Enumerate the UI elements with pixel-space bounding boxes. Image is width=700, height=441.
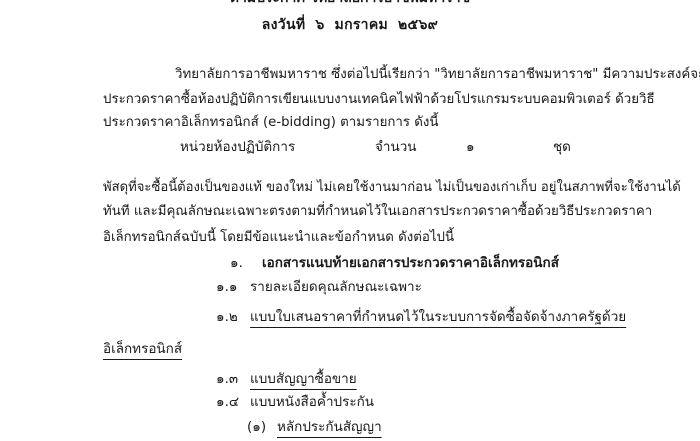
item-unit: ชุด [553,141,571,155]
paragraph1-line1: วิทยาลัยการอาชีพมหาราช ซึ่งต่อไปนี้เรียก… [175,68,700,81]
subitem-number-1-2: ๑.๒ [216,311,238,325]
subitem-text-1-2: แบบใบเสนอราคาที่กำหนดไว้ในระบบการจัดซื้อ… [250,311,626,325]
date-month: มกราคม [335,17,388,33]
paragraph2-line2: ทันที และมีคุณลักษณะเฉพาะตรงตามที่กำหนดไ… [103,205,652,218]
section-title: เอกสารแนบท้ายเอกสารประกวดราคาอิเล็กทรอนิ… [262,257,559,271]
document-heading: ตามประกาศ วิทยาลัยการอาชีพมหาราช [0,0,700,5]
subitem-text-1-4: แบบหนังสือค้ำประกัน [250,396,374,410]
date-label: ลงวันที่ [262,17,306,33]
date-year: ๒๕๖๙ [398,17,438,33]
paragraph2-line3: อิเล็กทรอนิกส์ฉบับนี้ โดยมีข้อแนะนำและข้… [103,231,454,244]
subsubitem-text-1: หลักประกันสัญญา [277,421,382,435]
subitem-text-1-2-continuation: อิเล็กทรอนิกส์ [103,343,182,357]
subitem-number-1-3: ๑.๓ [216,373,238,387]
subsubitem-number-1: (๑) [247,421,266,435]
item-name: หน่วยห้องปฏิบัติการ [180,141,295,155]
paragraph1-line3: ประกวดราคาอิเล็กทรอนิกส์ (e-bidding) ตาม… [103,116,438,129]
item-quantity: ๑ [466,141,475,155]
subitem-text-1-3: แบบสัญญาซื้อขาย [250,373,357,387]
subitem-number-1-4: ๑.๔ [216,396,239,410]
item-quantity-label: จำนวน [375,141,417,155]
paragraph2-line1: พัสดุที่จะซื้อนี้ต้องเป็นของแท้ ของใหม่ … [103,181,681,194]
paragraph1-line2: ประกวดราคาซื้อห้องปฏิบัติการเขียนแบบงานเ… [103,93,655,106]
document-date: ลงวันที่๖มกราคม๒๕๖๙ [0,18,700,32]
subitem-text-1-1: รายละเอียดคุณลักษณะเฉพาะ [250,281,422,295]
section-number: ๑. [230,257,243,271]
date-day: ๖ [315,17,324,33]
subitem-number-1-1: ๑.๑ [216,281,237,295]
document-page: ตามประกาศ วิทยาลัยการอาชีพมหาราช ลงวันที… [0,0,700,441]
